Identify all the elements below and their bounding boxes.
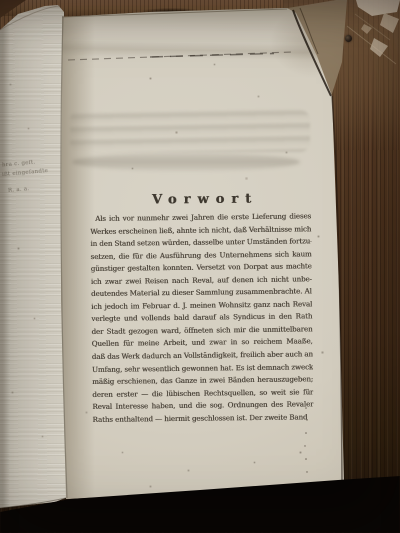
worm-holes <box>304 407 307 472</box>
corner-crack <box>293 10 331 96</box>
page-detail-overlay <box>0 0 400 533</box>
stack-top-edge <box>0 6 60 30</box>
nail-head <box>345 35 352 42</box>
page-right-edge <box>332 96 342 482</box>
gutter-fold-line <box>61 16 67 498</box>
wood-scratch <box>347 26 396 64</box>
page-top-edge <box>62 9 287 17</box>
torn-paper-scrap <box>370 38 388 57</box>
torn-paper-scrap <box>380 13 399 33</box>
photographed-book-page: hra c. geſt. ißt eingeſandte R. a. a. Vo… <box>0 0 400 533</box>
torn-paper-scrap <box>356 0 400 16</box>
